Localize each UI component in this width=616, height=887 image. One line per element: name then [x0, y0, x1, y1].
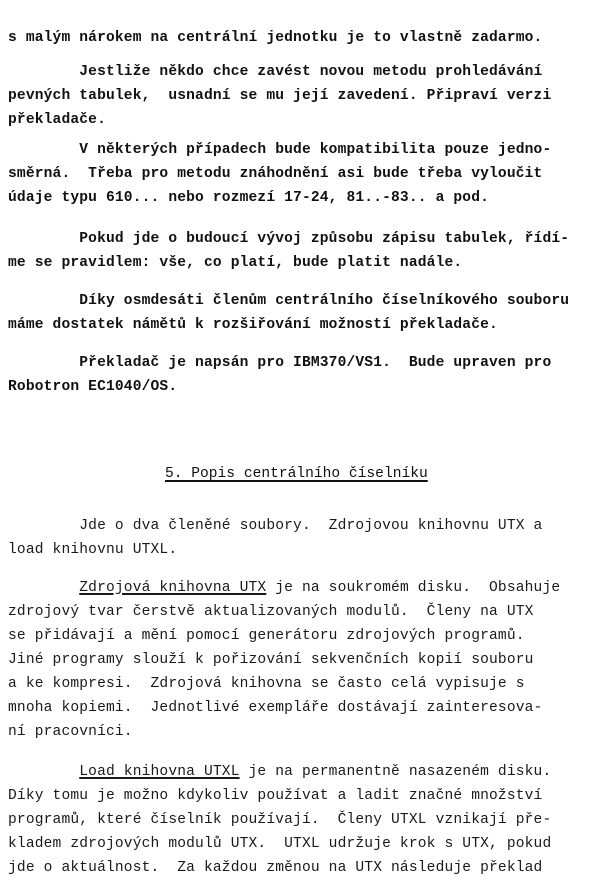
paragraph-line: Jestliže někdo chce zavést novou metodu …: [8, 64, 542, 80]
paragraph-line: překladače.: [8, 112, 106, 128]
paragraph-line: Díky osmdesáti členům centrálního číseln…: [8, 293, 569, 309]
paragraph-line: Robotron EC1040/OS.: [8, 379, 177, 395]
paragraph-line: jde o aktuálnost. Za každou změnou na UT…: [8, 860, 542, 876]
paragraph-line: Díky tomu je možno kdykoliv používat a l…: [8, 788, 542, 804]
paragraph-line: mnoha kopiemi. Jednotlivé exempláře dost…: [8, 700, 542, 716]
paragraph-line: a ke kompresi. Zdrojová knihovna se čast…: [8, 676, 525, 692]
paragraph-line: máme dostatek námětů k rozšiřování možno…: [8, 317, 498, 333]
paragraph-line: se přidávají a mění pomocí generátoru zd…: [8, 628, 525, 644]
paragraph-first-line: Zdrojová knihovna UTX je na soukromém di…: [8, 580, 560, 596]
paragraph-line: programů, které číselník používají. Člen…: [8, 812, 551, 828]
paragraph-line: Jiné programy slouží k pořizování sekven…: [8, 652, 534, 668]
paragraph-line: kladem zdrojových modulů UTX. UTXL udržu…: [8, 836, 551, 852]
paragraph-text: je na soukromém disku. Obsahuje: [266, 580, 560, 596]
paragraph-line: zdrojový tvar čerstvě aktualizovaných mo…: [8, 604, 534, 620]
paragraph-line: Pokud jde o budoucí vývoj způsobu zápisu…: [8, 231, 569, 247]
paragraph-line: ní pracovníci.: [8, 724, 133, 740]
paragraph-first-line: Load knihovna UTXL je na permanentně nas…: [8, 764, 551, 780]
underlined-term: Load knihovna UTXL: [79, 764, 239, 780]
paragraph-line: Jde o dva členěné soubory. Zdrojovou kni…: [8, 518, 542, 534]
paragraph-line: s malým nárokem na centrální jednotku je…: [8, 30, 542, 46]
paragraph-line: údaje typu 610... nebo rozmezí 17-24, 81…: [8, 190, 489, 206]
paragraph-line: pevných tabulek, usnadní se mu její zave…: [8, 88, 551, 104]
section-heading: 5. Popis centrálního číselníku: [165, 466, 428, 482]
paragraph-text: je na permanentně nasazeném disku.: [240, 764, 552, 780]
paragraph-line: load knihovnu UTXL.: [8, 542, 177, 558]
paragraph-line: me se pravidlem: vše, co platí, bude pla…: [8, 255, 462, 271]
paragraph-line: Překladač je napsán pro IBM370/VS1. Bude…: [8, 355, 551, 371]
paragraph-line: V některých případech bude kompatibilita…: [8, 142, 551, 158]
paragraph-line: směrná. Třeba pro metodu znáhodnění asi …: [8, 166, 542, 182]
underlined-term: Zdrojová knihovna UTX: [79, 580, 266, 596]
